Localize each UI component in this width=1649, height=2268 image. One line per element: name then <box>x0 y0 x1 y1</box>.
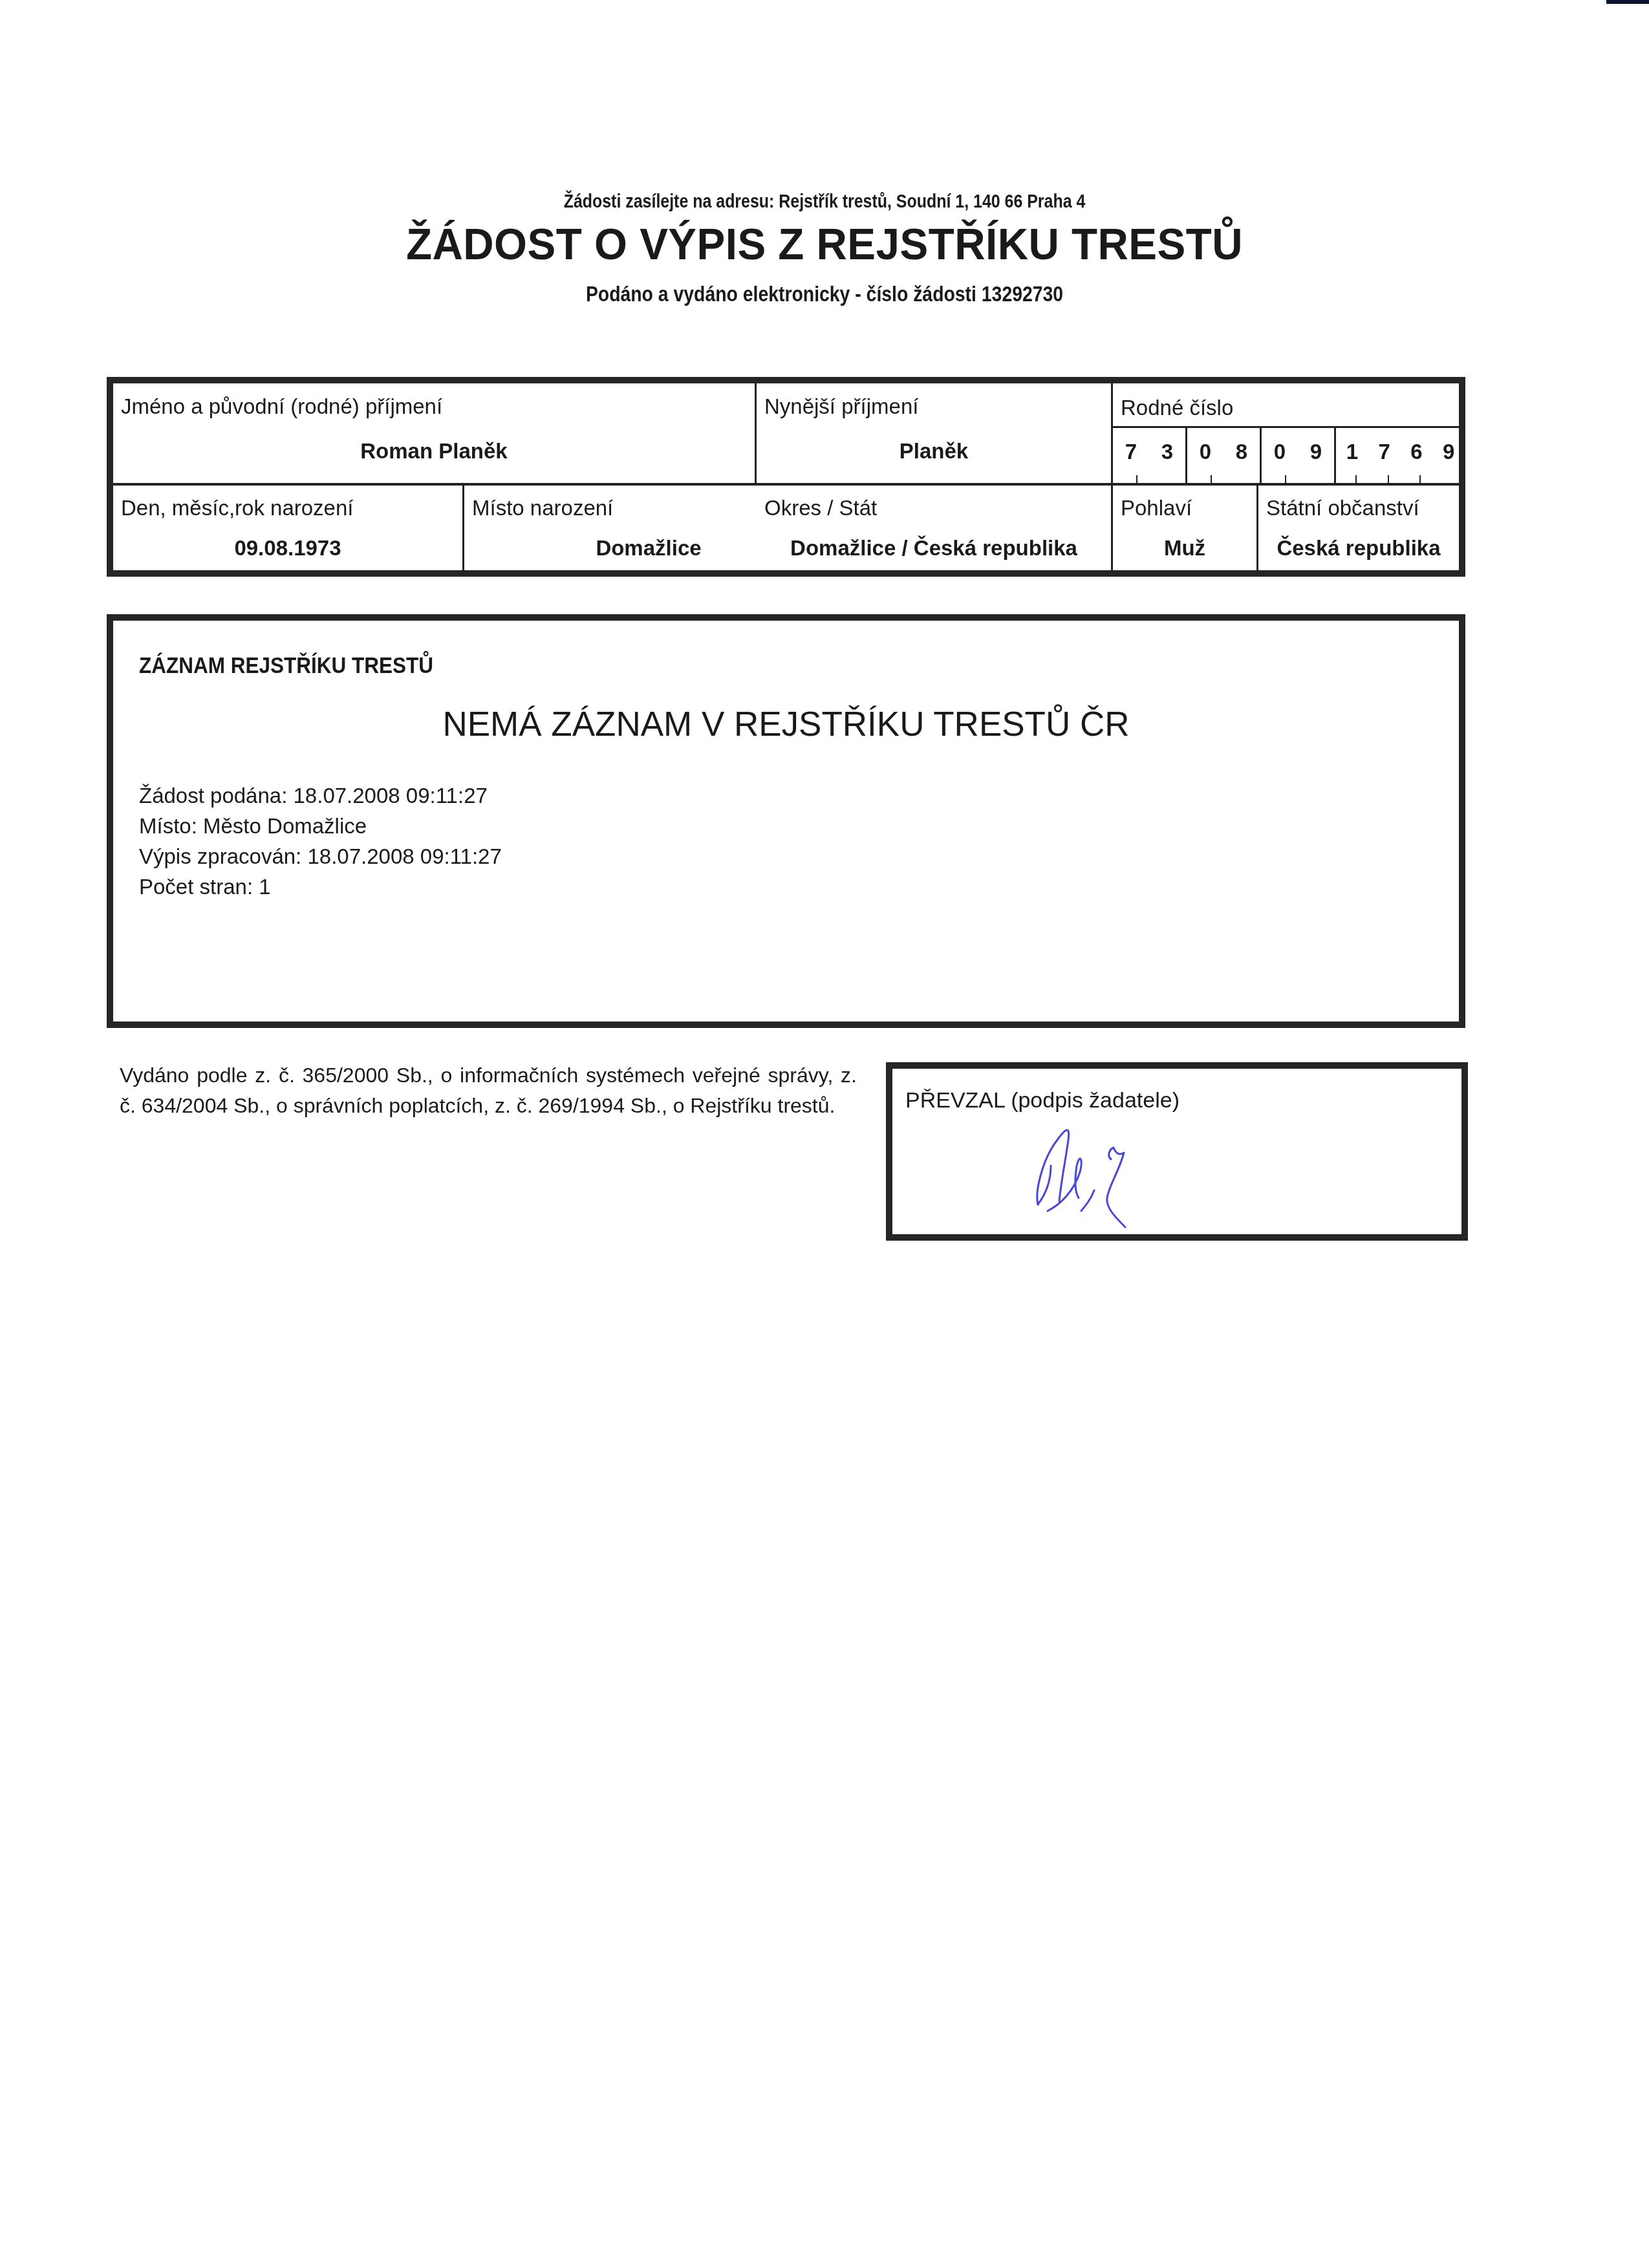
birth-number-digit: 9 <box>1303 440 1329 464</box>
dob-cell: Den, měsíc,rok narození 09.08.1973 <box>113 486 462 570</box>
digit-tick <box>1355 475 1357 483</box>
record-section-title: ZÁZNAM REJSTŘÍKU TRESTŮ <box>139 653 433 679</box>
record-result: NEMÁ ZÁZNAM V REJSTŘÍKU TRESTŮ ČR <box>113 705 1459 744</box>
request-submitted: Žádost podána: 18.07.2008 09:11:27 <box>139 784 488 808</box>
birth-number-digits: 7308091769 <box>1113 428 1459 483</box>
digit-tick <box>1388 475 1389 483</box>
digit-tick <box>1136 475 1137 483</box>
personal-data-table: Jméno a původní (rodné) příjmení Roman P… <box>107 377 1465 577</box>
mailing-address: Žádosti zasílejte na adresu: Rejstřík tr… <box>116 191 1534 213</box>
request-number-line: Podáno a vydáno elektronicky - číslo žád… <box>116 282 1534 306</box>
name-cell: Jméno a původní (rodné) příjmení Roman P… <box>113 383 755 483</box>
dob-value: 09.08.1973 <box>113 536 462 561</box>
birth-number-label: Rodné číslo <box>1121 396 1233 420</box>
birth-number-digit: 1 <box>1339 440 1365 464</box>
current-surname-label: Nynější příjmení <box>764 394 918 419</box>
birth-number-digit: 6 <box>1403 440 1429 464</box>
district-cell: Okres / Stát Domažlice / Česká republika <box>757 486 1111 570</box>
scan-corner-mark <box>1606 0 1649 4</box>
page-count: Počet stran: 1 <box>139 875 271 899</box>
digit-tick <box>1211 475 1212 483</box>
signature-label: PŘEVZAL (podpis žadatele) <box>905 1088 1180 1113</box>
digit-group-divider <box>1260 428 1262 483</box>
birthplace-value: Domažlice <box>503 536 794 561</box>
digit-group-divider <box>1334 428 1336 483</box>
citizenship-cell: Státní občanství Česká republika <box>1258 486 1459 570</box>
birth-number-digit: 9 <box>1436 440 1461 464</box>
birth-number-digit: 7 <box>1118 440 1144 464</box>
name-label: Jméno a původní (rodné) příjmení <box>121 394 442 419</box>
sex-label: Pohlaví <box>1121 496 1192 520</box>
digit-tick <box>1285 475 1286 483</box>
digit-tick <box>1419 475 1421 483</box>
extract-processed: Výpis zpracován: 18.07.2008 09:11:27 <box>139 844 502 869</box>
dob-label: Den, měsíc,rok narození <box>121 496 354 520</box>
birth-number-cell: Rodné číslo 7308091769 <box>1113 383 1459 483</box>
document-title: ŽÁDOST O VÝPIS Z REJSTŘÍKU TRESTŮ <box>41 219 1608 270</box>
sex-cell: Pohlaví Muž <box>1113 486 1256 570</box>
current-surname-value: Planěk <box>757 439 1111 464</box>
name-value: Roman Planěk <box>113 439 755 464</box>
birth-number-digit: 0 <box>1267 440 1293 464</box>
current-surname-cell: Nynější příjmení Planěk <box>757 383 1111 483</box>
birth-number-digit: 0 <box>1192 440 1218 464</box>
digit-group-divider <box>1185 428 1187 483</box>
signature-box: PŘEVZAL (podpis žadatele) <box>886 1062 1468 1241</box>
legal-basis-text: Vydáno podle z. č. 365/2000 Sb., o infor… <box>120 1060 857 1121</box>
criminal-record-box: ZÁZNAM REJSTŘÍKU TRESTŮ NEMÁ ZÁZNAM V RE… <box>107 614 1465 1028</box>
district-value: Domažlice / Česká republika <box>757 536 1111 561</box>
district-label: Okres / Stát <box>764 496 877 520</box>
handwritten-signature-icon <box>1035 1120 1242 1237</box>
request-place: Místo: Město Domažlice <box>139 814 367 839</box>
birthplace-cell: Místo narození Domažlice <box>464 486 755 570</box>
citizenship-label: Státní občanství <box>1266 496 1419 520</box>
citizenship-value: Česká republika <box>1258 536 1459 561</box>
birthplace-label: Místo narození <box>472 496 613 520</box>
birth-number-digit: 8 <box>1229 440 1255 464</box>
birth-number-digit: 7 <box>1372 440 1397 464</box>
birth-number-digit: 3 <box>1154 440 1180 464</box>
sex-value: Muž <box>1113 536 1256 561</box>
